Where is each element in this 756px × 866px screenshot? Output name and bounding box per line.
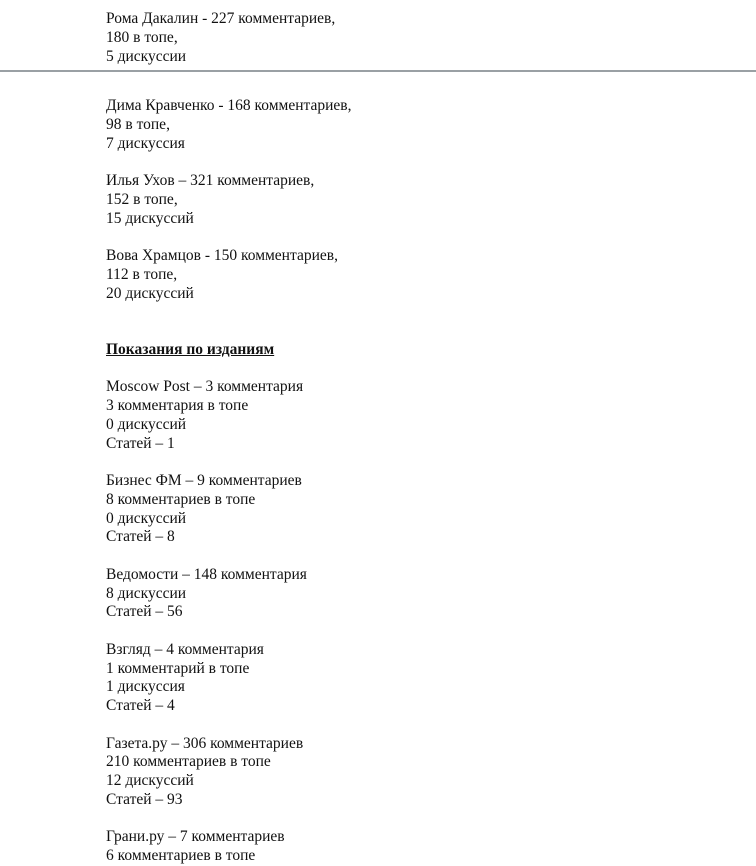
publication-discussions: 0 дискуссий (106, 510, 726, 529)
publication-entry-vedomosti: Ведомости – 148 комментария 8 дискуссии … (106, 566, 726, 622)
commenter-top-count: 112 в топе, (106, 266, 726, 285)
blank-line (106, 322, 726, 341)
publication-comments: Взгляд – 4 комментария (106, 641, 726, 660)
blank-line (106, 810, 726, 829)
commenter-top-count: 98 в топе, (106, 116, 726, 135)
commenter-entry-khramtsov: Вова Храмцов - 150 комментариев, 112 в т… (106, 247, 726, 303)
commenter-summary: Рома Дакалин - 227 комментариев, (106, 10, 726, 29)
publication-entry-vzglyad: Взгляд – 4 комментария 1 комментарий в т… (106, 641, 726, 716)
commenter-top-count: 180 в топе, (106, 29, 726, 48)
section-heading-publications: Показания по изданиям (106, 341, 726, 360)
publication-discussions: 1 дискуссия (106, 678, 726, 697)
publication-articles: Статей – 56 (106, 603, 726, 622)
publication-top-comments: 6 комментариев в топе (106, 847, 726, 866)
publication-entry-gazeta-ru: Газета.ру – 306 комментариев 210 коммент… (106, 735, 726, 810)
publication-comments: Грани.ру – 7 комментариев (106, 828, 726, 847)
publication-comments: Moscow Post – 3 комментария (106, 378, 726, 397)
publication-articles: Статей – 8 (106, 528, 726, 547)
publication-discussions: 12 дискуссий (106, 772, 726, 791)
page-top-content: Рома Дакалин - 227 комментариев, 180 в т… (106, 10, 726, 66)
page-bottom-content: Дима Кравченко - 168 комментариев, 98 в … (106, 97, 726, 866)
blank-line (106, 622, 726, 641)
blank-line (106, 228, 726, 247)
commenter-discussions: 7 дискуссия (106, 135, 726, 154)
document-page-previous: Рома Дакалин - 227 комментариев, 180 в т… (0, 0, 756, 70)
publication-articles: Статей – 93 (106, 791, 726, 810)
commenter-summary: Вова Храмцов - 150 комментариев, (106, 247, 726, 266)
commenter-summary: Илья Ухов – 321 комментариев, (106, 172, 726, 191)
blank-line (106, 303, 726, 322)
commenter-top-count: 152 в топе, (106, 191, 726, 210)
commenter-summary: Дима Кравченко - 168 комментариев, (106, 97, 726, 116)
publication-entry-moscow-post: Moscow Post – 3 комментария 3 комментари… (106, 378, 726, 453)
document-page-current: Дима Кравченко - 168 комментариев, 98 в … (0, 72, 756, 866)
commenter-entry-ukhov: Илья Ухов – 321 комментариев, 152 в топе… (106, 172, 726, 228)
publication-top-comments: 1 комментарий в топе (106, 660, 726, 679)
commenter-discussions: 20 дискуссий (106, 285, 726, 304)
publication-comments: Газета.ру – 306 комментариев (106, 735, 726, 754)
commenter-discussions: 15 дискуссий (106, 210, 726, 229)
publication-articles: Статей – 1 (106, 435, 726, 454)
blank-line (106, 153, 726, 172)
blank-line (106, 547, 726, 566)
publication-discussions: 8 дискуссии (106, 585, 726, 604)
publication-discussions: 0 дискуссий (106, 416, 726, 435)
publication-articles: Статей – 4 (106, 697, 726, 716)
commenter-entry-dakalin: Рома Дакалин - 227 комментариев, 180 в т… (106, 10, 726, 66)
publication-entry-grani-ru: Грани.ру – 7 комментариев 6 комментариев… (106, 828, 726, 866)
publication-top-comments: 3 комментария в топе (106, 397, 726, 416)
publication-entry-business-fm: Бизнес ФМ – 9 комментариев 8 комментарие… (106, 472, 726, 547)
blank-line (106, 453, 726, 472)
commenter-entry-kravchenko: Дима Кравченко - 168 комментариев, 98 в … (106, 97, 726, 153)
blank-line (106, 716, 726, 735)
publication-comments: Ведомости – 148 комментария (106, 566, 726, 585)
publication-top-comments: 210 комментариев в топе (106, 753, 726, 772)
blank-line (106, 360, 726, 379)
publication-top-comments: 8 комментариев в топе (106, 491, 726, 510)
commenter-discussions: 5 дискуссии (106, 48, 726, 67)
publication-comments: Бизнес ФМ – 9 комментариев (106, 472, 726, 491)
